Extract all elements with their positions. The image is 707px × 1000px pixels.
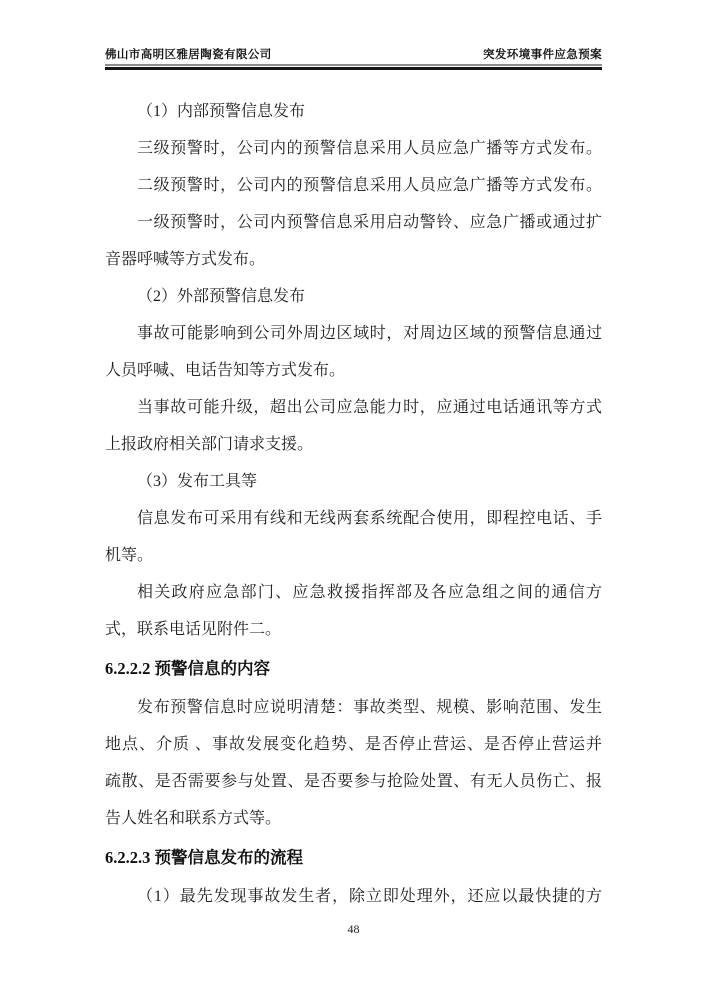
section-heading-6223: 6.2.2.3 预警信息发布的流程 (105, 837, 602, 878)
header-rule (105, 64, 602, 70)
text-line: 告人姓名和联系方式等。 (105, 800, 602, 837)
text-line: 发布预警信息时应说明清楚：事故类型、规模、影响范围、发生 (105, 689, 602, 726)
text-line: 信息发布可采用有线和无线两套系统配合使用，即程控电话、手 (105, 500, 602, 537)
text-line: 事故可能影响到公司外周边区域时，对周边区域的预警信息通过 (105, 315, 602, 352)
body-text: （1）内部预警信息发布 三级预警时，公司内的预警信息采用人员应急广播等方式发布。… (105, 93, 602, 915)
text-line: 人员呼喊、电话告知等方式发布。 (105, 352, 602, 389)
page-header: 佛山市高明区雅居陶瓷有限公司 突发环境事件应急预案 (105, 46, 602, 62)
section-heading-6222: 6.2.2.2 预警信息的内容 (105, 648, 602, 689)
header-rule-thick (105, 67, 602, 71)
text-line: 一级预警时，公司内预警信息采用启动警铃、应急广播或通过扩 (105, 204, 602, 241)
text-line: 相关政府应急部门、应急救援指挥部及各应急组之间的通信方 (105, 574, 602, 611)
text-line: 式，联系电话见附件二。 (105, 611, 602, 648)
header-company-name: 佛山市高明区雅居陶瓷有限公司 (105, 46, 272, 62)
text-line: 三级预警时，公司内的预警信息采用人员应急广播等方式发布。 (105, 130, 602, 167)
text-line: 二级预警时，公司内的预警信息采用人员应急广播等方式发布。 (105, 167, 602, 204)
text-line: （2）外部预警信息发布 (105, 278, 602, 315)
text-line: 机等。 (105, 537, 602, 574)
document-page: 佛山市高明区雅居陶瓷有限公司 突发环境事件应急预案 （1）内部预警信息发布 三级… (0, 0, 707, 1000)
page-number: 48 (0, 922, 707, 937)
text-line: 当事故可能升级，超出公司应急能力时，应通过电话通讯等方式 (105, 389, 602, 426)
text-line: （1）内部预警信息发布 (105, 93, 602, 130)
text-line: （3）发布工具等 (105, 463, 602, 500)
text-line: 上报政府相关部门请求支援。 (105, 426, 602, 463)
text-line: 地点、介质 、事故发展变化趋势、是否停止营运、是否停止营运并 (105, 726, 602, 763)
text-line: （1）最先发现事故发生者，除立即处理外，还应以最快捷的方 (105, 878, 602, 915)
header-document-title: 突发环境事件应急预案 (483, 46, 602, 62)
text-line: 音器呼喊等方式发布。 (105, 241, 602, 278)
text-line: 疏散、是否需要参与处置、是否要参与抢险处置、有无人员伤亡、报 (105, 763, 602, 800)
